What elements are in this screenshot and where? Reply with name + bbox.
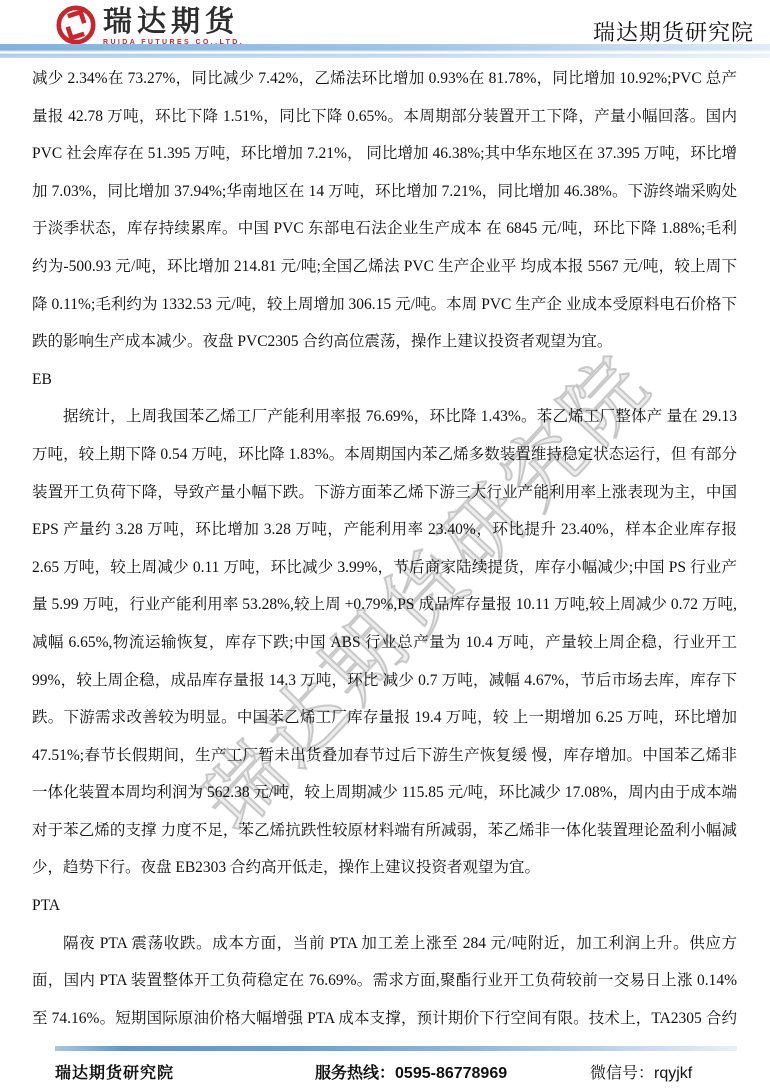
footer-hotline: 服务热线：0595-86778969 <box>315 1060 507 1083</box>
footer-org-name: 瑞达期货研究院 <box>55 1060 174 1083</box>
section-label-eb: EB <box>32 361 737 399</box>
page-footer: 瑞达期货研究院 服务热线：0595-86778969 微信号：rqyjkf <box>0 1060 770 1086</box>
footer-hotline-label: 服务热线： <box>315 1065 395 1082</box>
footer-divider-bar <box>55 1046 737 1051</box>
report-body: 减少 2.34%在 73.27%，同比减少 7.42%，乙烯法环比增加 0.93… <box>32 60 737 1034</box>
section-label-pta: PTA <box>32 887 737 925</box>
brand-name-cn: 瑞达期货 <box>103 6 244 38</box>
header-title: 瑞达期货研究院 <box>593 16 754 47</box>
brand-text: 瑞达期货 RUIDA FUTURES CO.,LTD. <box>103 4 244 46</box>
paragraph-eb: 据统计，上周我国苯乙烯工厂产能利用率报 76.69%，环比降 1.43%。苯乙烯… <box>32 398 737 887</box>
paragraph-pta: 隔夜 PTA 震荡收跌。成本方面，当前 PTA 加工差上涨至 284 元/吨附近… <box>32 925 737 1034</box>
ruida-swirl-logo-icon <box>55 4 97 46</box>
footer-wechat-label: 微信号： <box>590 1065 654 1082</box>
footer-wechat-id: rqyjkf <box>654 1065 692 1082</box>
footer-wechat: 微信号：rqyjkf <box>590 1060 692 1083</box>
footer-hotline-number: 0595-86778969 <box>395 1065 507 1082</box>
report-page: 瑞达期货 RUIDA FUTURES CO.,LTD. 瑞达期货研究院 瑞达期货… <box>0 0 770 1090</box>
header-divider-bar <box>0 44 770 58</box>
paragraph-pvc: 减少 2.34%在 73.27%，同比减少 7.42%，乙烯法环比增加 0.93… <box>32 60 737 361</box>
brand-logo: 瑞达期货 RUIDA FUTURES CO.,LTD. <box>55 4 244 46</box>
page-header: 瑞达期货 RUIDA FUTURES CO.,LTD. 瑞达期货研究院 <box>0 0 770 58</box>
